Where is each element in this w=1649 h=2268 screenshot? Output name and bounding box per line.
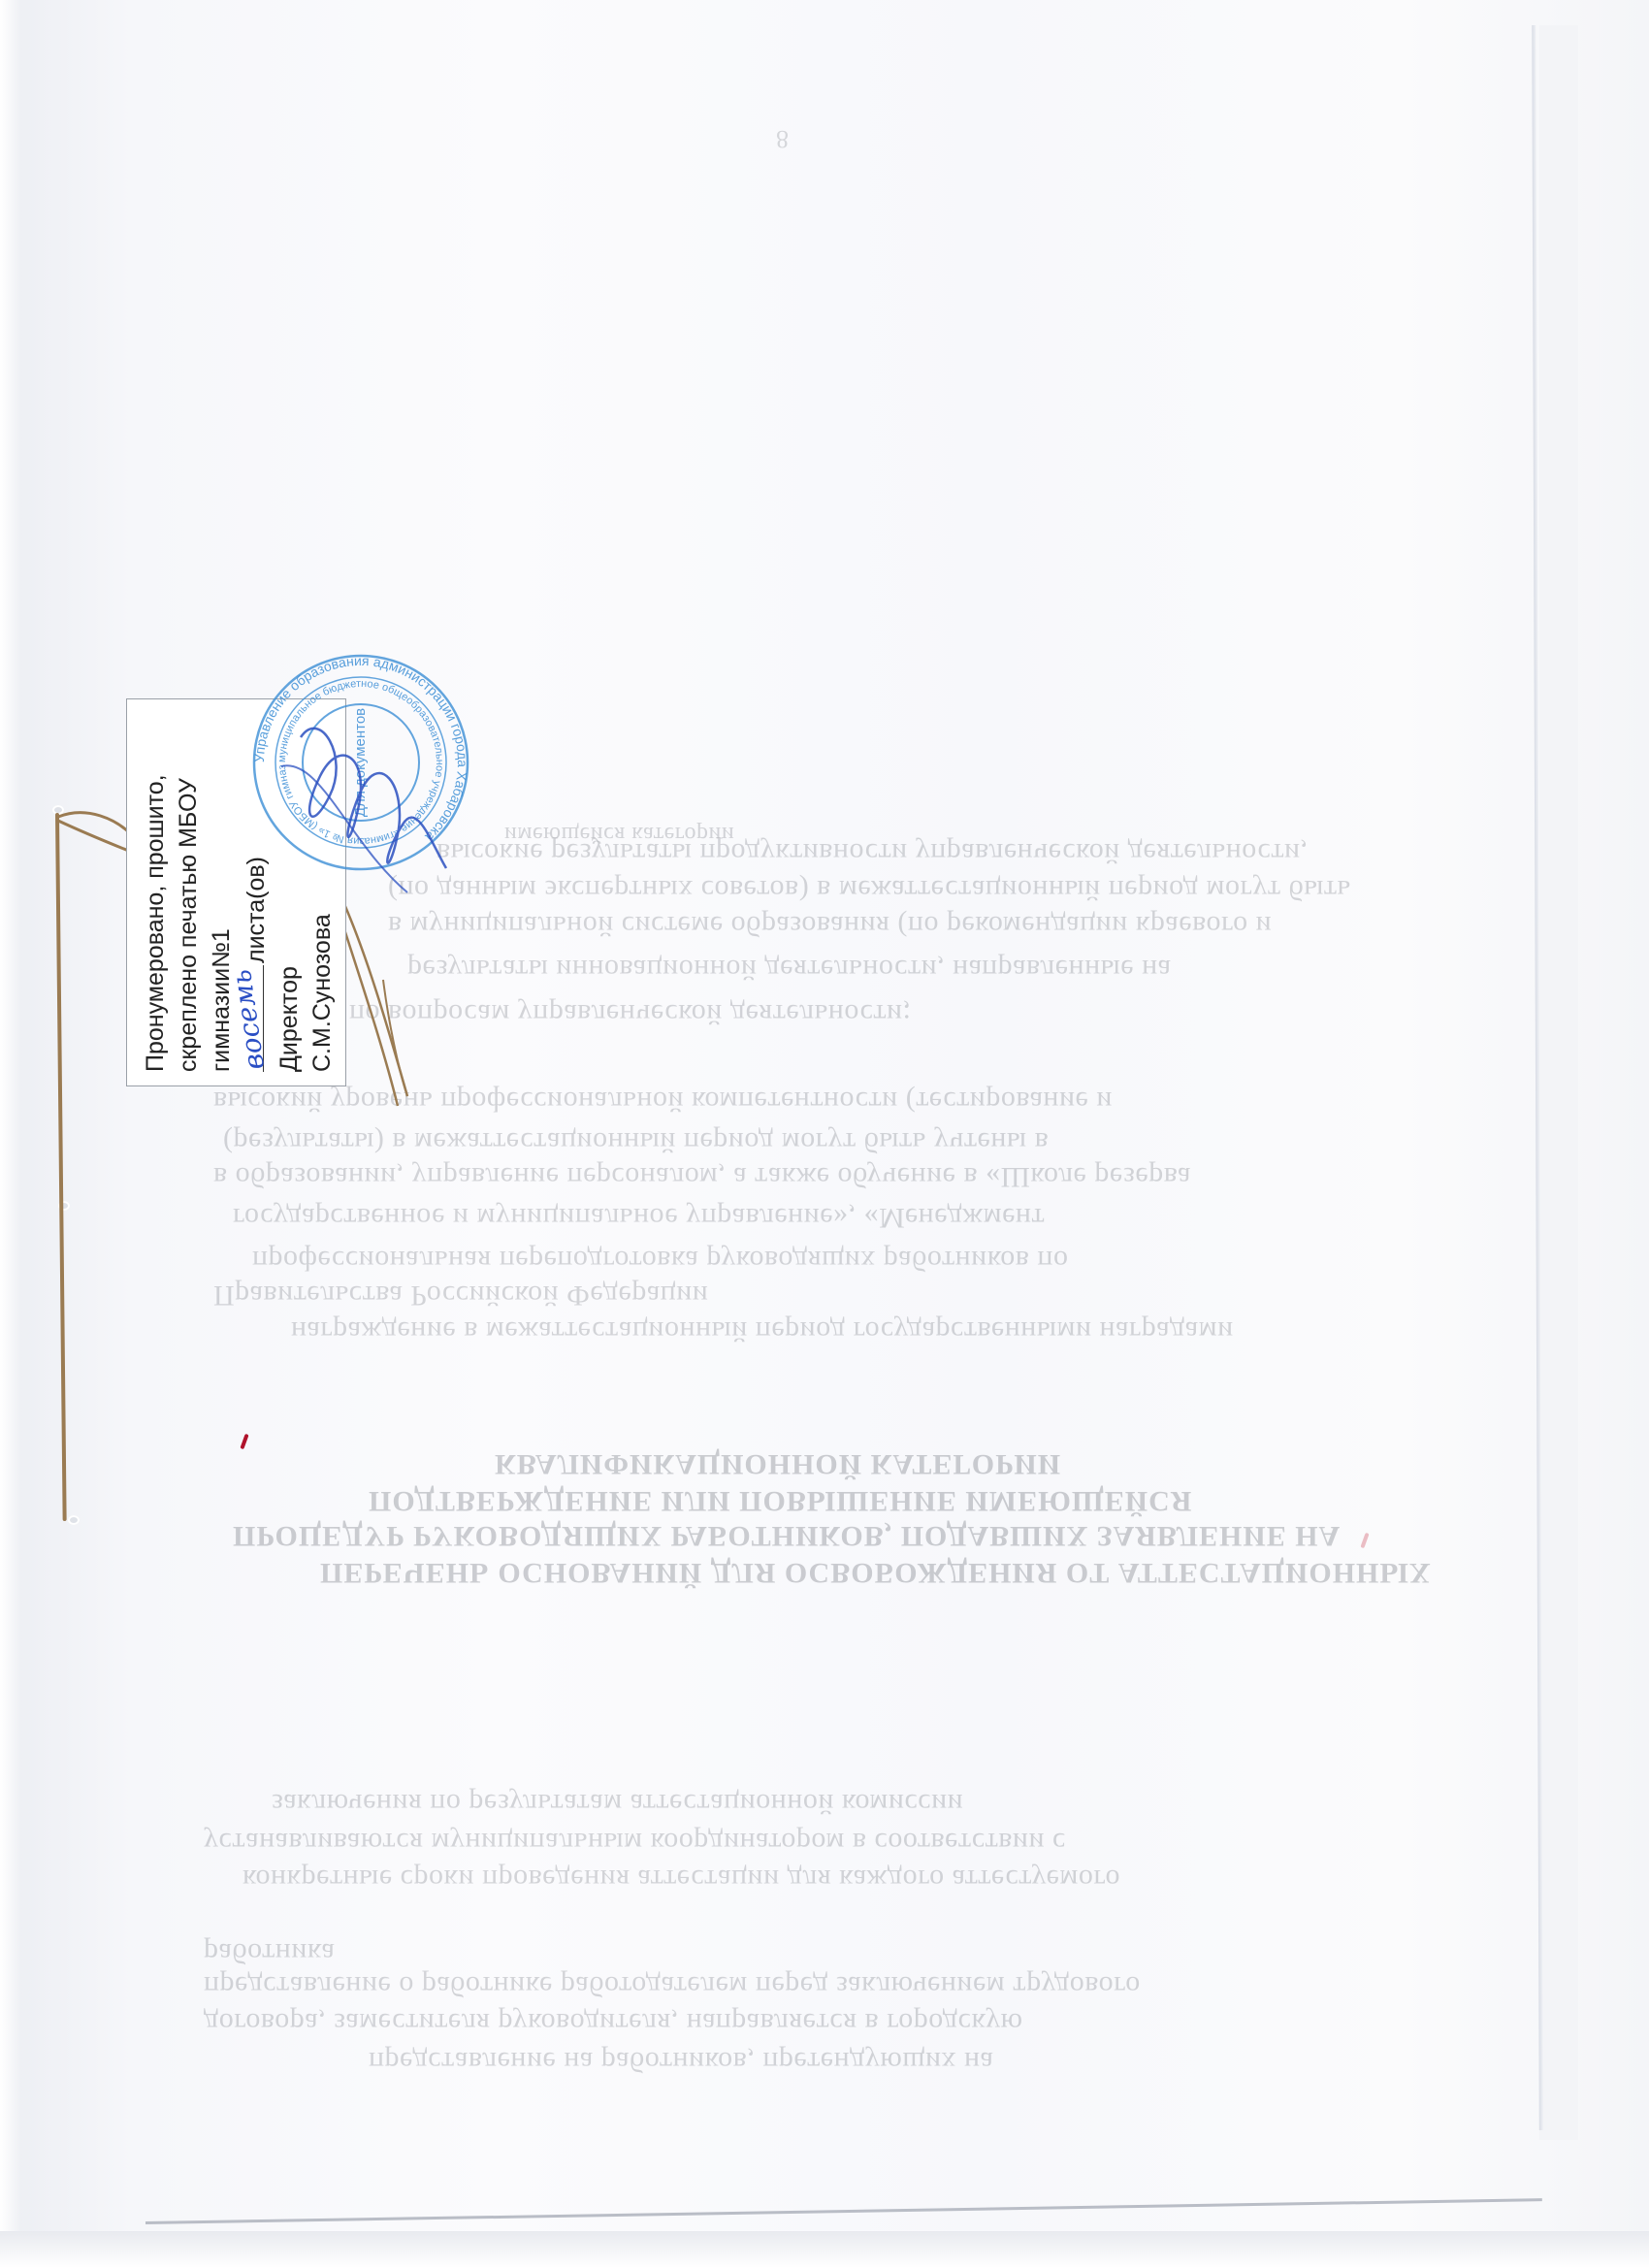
bleed-line: Правительства Российской Федерации [213,1279,708,1312]
bleed-line: договора, заместителя руководителя, напр… [204,2006,1023,2039]
bleed-line: представление на работников, претендующи… [369,2045,993,2078]
scan-margin [0,0,21,2268]
label-line-director: Директор [273,713,306,1072]
scan-bottom-shadow [0,2231,1649,2268]
bleed-heading-line: ПРОЦЕДУР РУКОВОДЯЩИХ РАБОТНИКОВ, ПОДАВШИ… [233,1519,1341,1552]
bleed-line: заключения по результатам аттестационной… [272,1787,963,1820]
bleed-line: результаты инновационной деятельности, н… [407,953,1172,986]
certification-label: Пронумеровано, прошито, скреплено печать… [126,698,346,1086]
bleed-line: работника [204,1936,335,1969]
underlying-page-edge [1539,25,1578,2140]
bleed-heading-line: ПОДТВЕРЖДЕНИЕ ИЛИ ПОВЫШЕНИЕ ИМЕЮЩЕЙСЯ [369,1484,1192,1517]
bleed-line: конкретные сроки проведения аттестации д… [242,1863,1120,1895]
binding-hole [68,1515,80,1525]
bleed-line: награждение в межаттестационный период г… [291,1314,1234,1347]
bleed-line: профессиональная переподготовка руководя… [252,1244,1068,1277]
bleed-line: (по данным экспертных советов) в межатте… [388,873,1351,906]
bleed-heading-line: ПЕРЕЧЕНЬ ОСНОВАНИЙ ДЛЯ ОСВОБОЖДЕНИЯ ОТ А… [320,1556,1431,1589]
label-line-1: Пронумеровано, прошито, [139,713,172,1072]
bleed-line: государственное и муниципальное управлен… [233,1201,1045,1234]
label-line-2: скреплено печатью МБОУ [172,713,205,1072]
bleed-page-number: 8 [776,124,790,153]
label-line-name: С.М.Сунозова [306,713,339,1072]
label-line-4: восемь листа(ов) [238,713,273,1072]
bleed-line: (результаты) в межаттестационный период … [223,1125,1049,1158]
bleed-line: устанавливаются муниципальным координато… [204,1826,1066,1859]
bleed-line: представление о работнике работодателем … [204,1969,1141,2002]
bleed-line: в образовании, управление персоналом, а … [213,1160,1191,1193]
bleed-line: по вопросам управленческой деятельности; [349,997,911,1030]
bleed-heading-line: КВАЛИФИКАЦИОННОЙ КАТЕГОРИИ [495,1447,1061,1480]
sheets-word: листа(ов) [242,857,270,963]
bleed-line: в муниципальной системе образования (по … [388,909,1272,942]
bleed-line: высокий уровень профессиональной компете… [213,1085,1113,1118]
sheet-count-field: восемь [238,965,264,1072]
bleed-line: имеющейся категории [504,821,734,847]
